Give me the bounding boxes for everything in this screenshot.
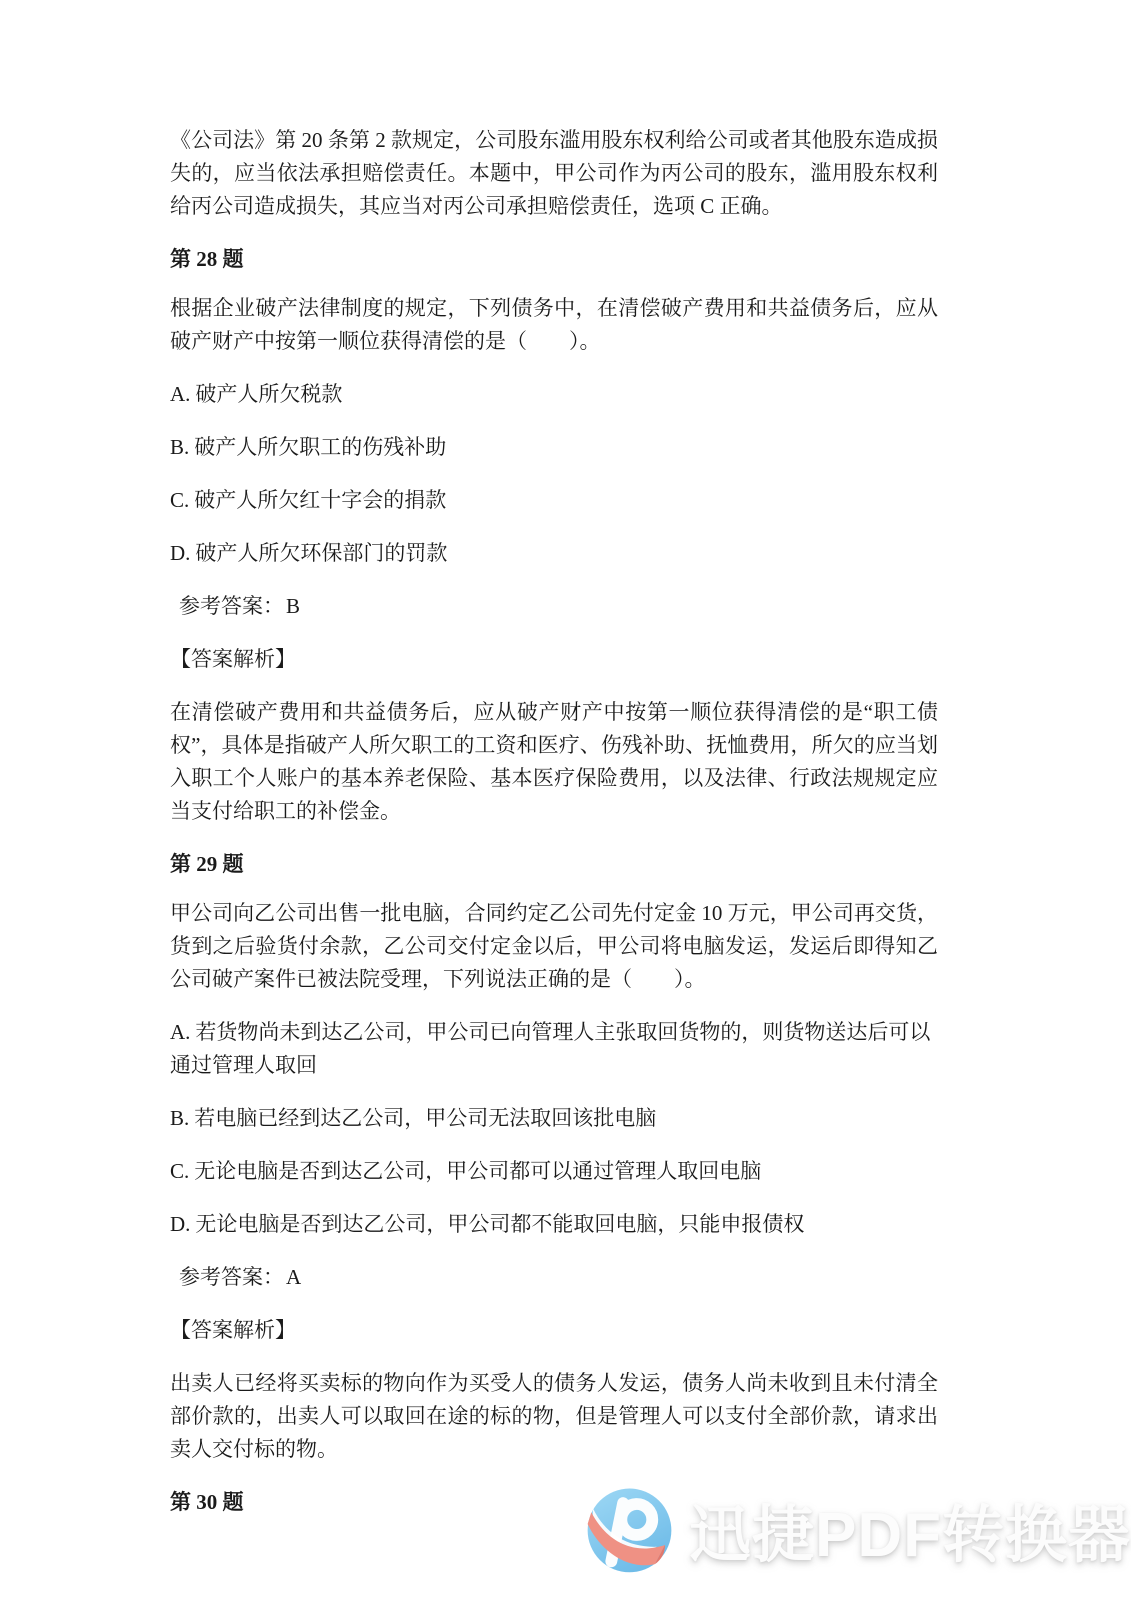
question-29-option-d: D.无论电脑是否到达乙公司，甲公司都不能取回电脑，只能申报债权 xyxy=(170,1208,938,1241)
question-29-stem: 甲公司向乙公司出售一批电脑，合同约定乙公司先付定金 10 万元，甲公司再交货，货… xyxy=(170,897,938,996)
option-text: 若货物尚未到达乙公司，甲公司已向管理人主张取回货物的，则货物送达后可以通过管理人… xyxy=(170,1020,930,1077)
option-text: 破产人所欠职工的伤残补助 xyxy=(194,435,446,459)
question-28-option-c: C.破产人所欠红十字会的捐款 xyxy=(170,484,938,517)
option-label: B. xyxy=(170,1106,189,1130)
question-29-option-a: A.若货物尚未到达乙公司，甲公司已向管理人主张取回货物的，则货物送达后可以通过管… xyxy=(170,1016,938,1082)
option-label: C. xyxy=(170,1159,189,1183)
option-text: 若电脑已经到达乙公司，甲公司无法取回该批电脑 xyxy=(194,1106,656,1130)
answer-value: B xyxy=(286,594,300,618)
question-29-reference-answer: 参考答案：A xyxy=(170,1261,938,1294)
option-text: 破产人所欠环保部门的罚款 xyxy=(195,541,447,565)
question-30-heading: 第 30 题 xyxy=(170,1486,938,1519)
question-29-analysis-text: 出卖人已经将买卖标的物向作为买受人的债务人发运，债务人尚未收到且未付清全部价款的… xyxy=(170,1367,938,1466)
option-text: 破产人所欠红十字会的捐款 xyxy=(194,488,446,512)
option-label: D. xyxy=(170,1212,190,1236)
option-label: D. xyxy=(170,541,190,565)
option-label: A. xyxy=(170,382,190,406)
question-29-option-b: B.若电脑已经到达乙公司，甲公司无法取回该批电脑 xyxy=(170,1102,938,1135)
option-label: A. xyxy=(170,1020,190,1044)
answer-prefix: 参考答案： xyxy=(179,1265,284,1289)
option-text: 无论电脑是否到达乙公司，甲公司都可以通过管理人取回电脑 xyxy=(194,1159,761,1183)
question-28-stem: 根据企业破产法律制度的规定，下列债务中，在清偿破产费用和共益债务后，应从破产财产… xyxy=(170,292,938,358)
option-text: 破产人所欠税款 xyxy=(195,382,342,406)
question-28-analysis-heading: 【答案解析】 xyxy=(170,643,938,676)
question-28-option-a: A.破产人所欠税款 xyxy=(170,378,938,411)
prev-question-analysis-text: 《公司法》第 20 条第 2 款规定，公司股东滥用股东权利给公司或者其他股东造成… xyxy=(170,124,938,223)
option-label: C. xyxy=(170,488,189,512)
question-29-option-c: C.无论电脑是否到达乙公司，甲公司都可以通过管理人取回电脑 xyxy=(170,1155,938,1188)
question-29-analysis-heading: 【答案解析】 xyxy=(170,1314,938,1347)
question-28-reference-answer: 参考答案：B xyxy=(170,590,938,623)
option-label: B. xyxy=(170,435,189,459)
answer-prefix: 参考答案： xyxy=(179,594,284,618)
question-29-heading: 第 29 题 xyxy=(170,848,938,881)
question-28-option-d: D.破产人所欠环保部门的罚款 xyxy=(170,537,938,570)
page-content: 《公司法》第 20 条第 2 款规定，公司股东滥用股东权利给公司或者其他股东造成… xyxy=(170,0,938,1535)
question-28-analysis-text: 在清偿破产费用和共益债务后，应从破产财产中按第一顺位获得清偿的是“职工债权”，具… xyxy=(170,696,938,828)
option-text: 无论电脑是否到达乙公司，甲公司都不能取回电脑，只能申报债权 xyxy=(195,1212,804,1236)
question-28-option-b: B.破产人所欠职工的伤残补助 xyxy=(170,431,938,464)
answer-value: A xyxy=(286,1265,301,1289)
question-28-heading: 第 28 题 xyxy=(170,243,938,276)
